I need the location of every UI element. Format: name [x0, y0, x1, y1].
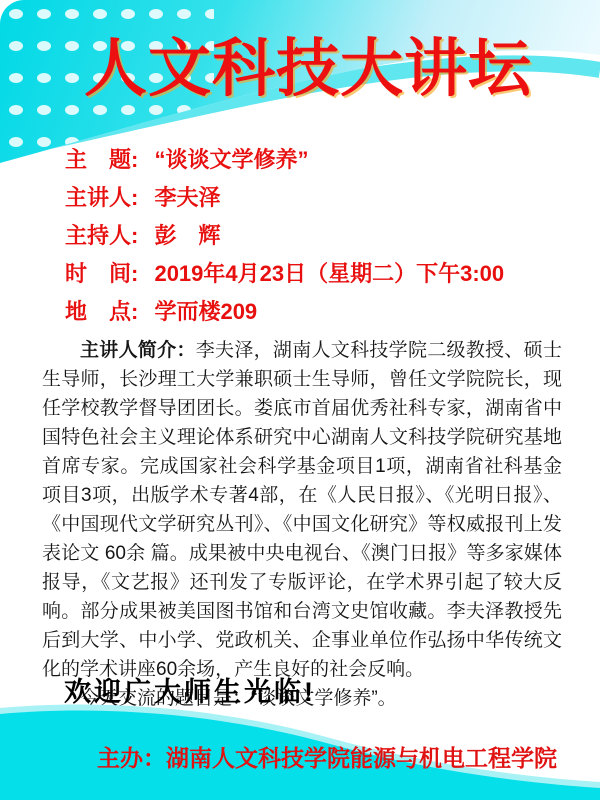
info-row-time: 时 间: 2019年4月23日（星期二）下午3:00 [65, 255, 585, 293]
intro-text: 李夫泽，湖南人文科技学院二级教授、硕士生导师，长沙理工大学兼职硕士生导师，曾任文… [42, 340, 562, 680]
lecture-poster: 人文科技大讲坛 主 题: “谈谈文学修养” 主讲人: 李夫泽 主持人: 彭 辉 … [0, 0, 600, 800]
info-value: 学而楼209 [154, 299, 257, 324]
info-label: 地 点: [65, 299, 138, 324]
info-value: 2019年4月23日（星期二）下午3:00 [154, 261, 504, 286]
info-value: 李夫泽 [154, 185, 220, 210]
info-row-topic: 主 题: “谈谈文学修养” [65, 141, 585, 179]
info-value: “谈谈文学修养” [154, 147, 308, 172]
info-row-location: 地 点: 学而楼209 [65, 293, 585, 331]
poster-title: 人文科技大讲坛 [84, 38, 532, 101]
footer-banner: 主办：湖南人文科技学院能源与机电工程学院 [0, 700, 600, 800]
organizer-line: 主办：湖南人文科技学院能源与机电工程学院 [0, 740, 600, 773]
info-row-host: 主持人: 彭 辉 [65, 217, 585, 255]
info-label: 时 间: [65, 261, 138, 286]
info-row-speaker: 主讲人: 李夫泽 [65, 179, 585, 217]
info-label: 主讲人: [65, 185, 138, 210]
info-label: 主持人: [65, 223, 138, 248]
info-label: 主 题: [65, 147, 138, 172]
intro-paragraph: 主讲人简介：李夫泽，湖南人文科技学院二级教授、硕士生导师，长沙理工大学兼职硕士生… [42, 336, 562, 684]
intro-label: 主讲人简介： [80, 340, 196, 361]
info-value: 彭 辉 [154, 223, 220, 248]
speaker-intro: 主讲人简介：李夫泽，湖南人文科技学院二级教授、硕士生导师，长沙理工大学兼职硕士生… [42, 336, 562, 713]
event-info-list: 主 题: “谈谈文学修养” 主讲人: 李夫泽 主持人: 彭 辉 时 间: 201… [65, 141, 585, 331]
